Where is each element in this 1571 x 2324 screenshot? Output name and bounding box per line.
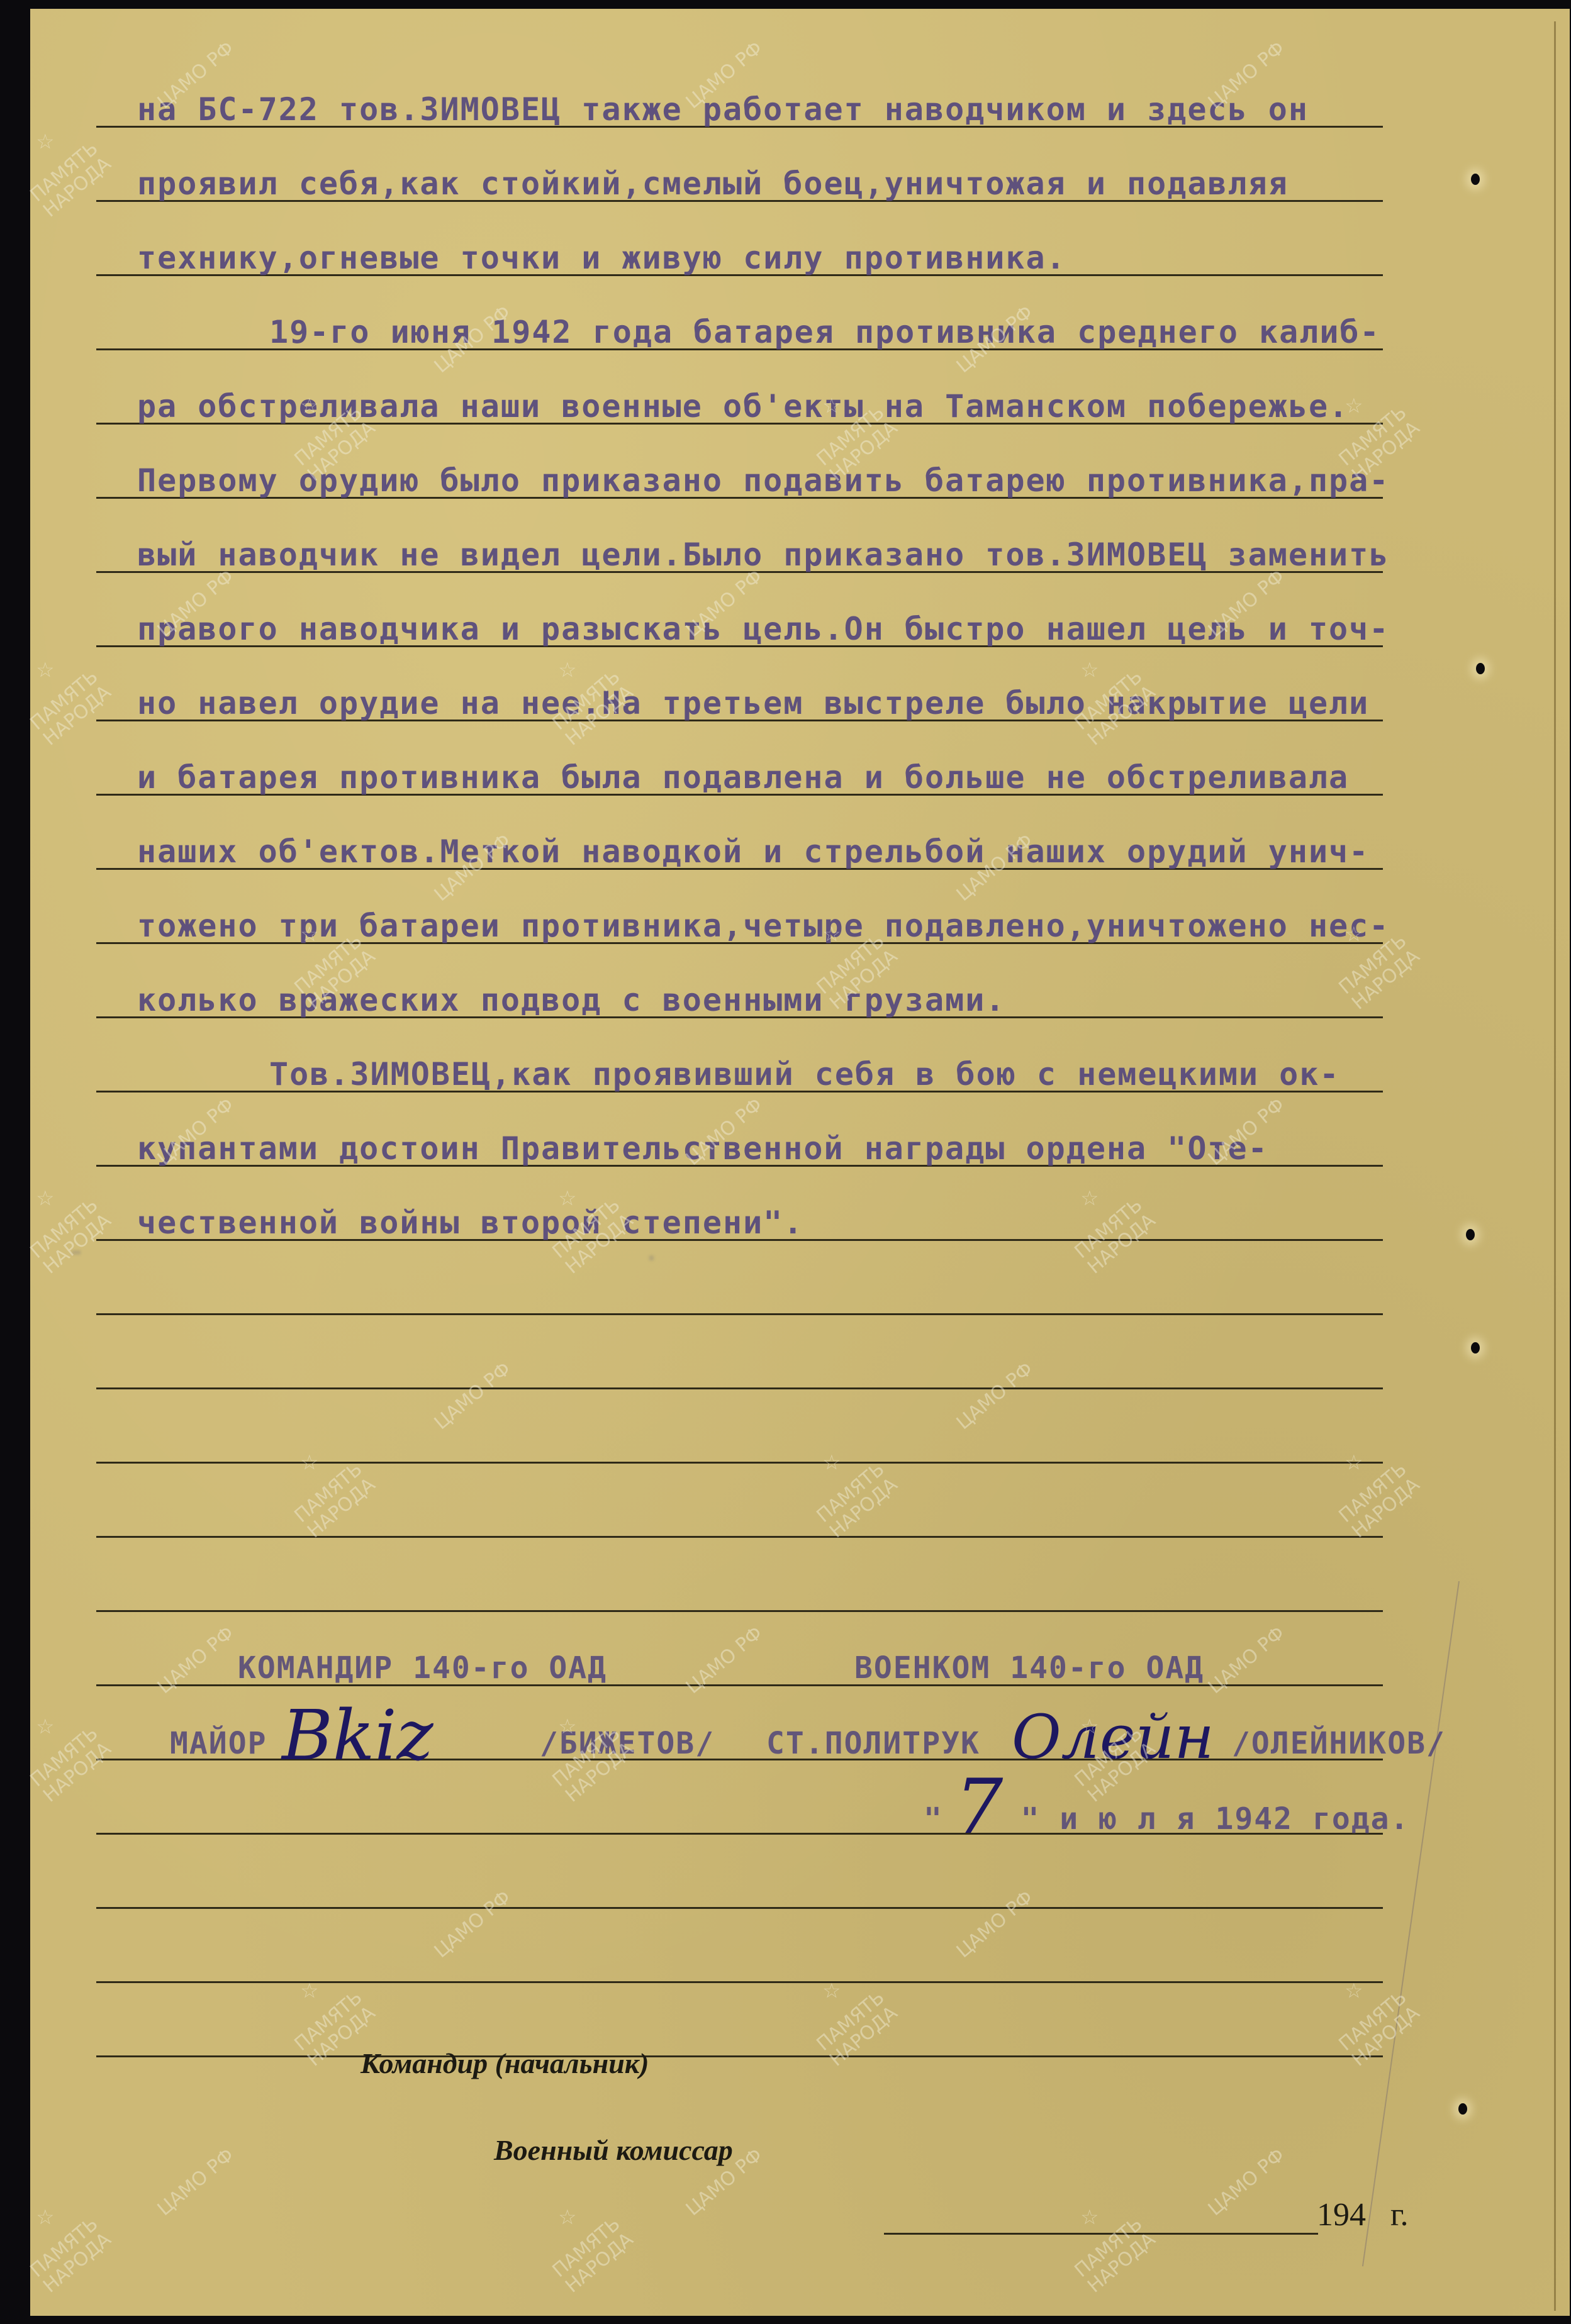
star-icon: ☆ bbox=[1081, 650, 1099, 684]
body-line: тожено три батареи противника,четыре под… bbox=[137, 904, 1389, 948]
star-icon: ☆ bbox=[301, 386, 318, 420]
commander-title: КОМАНДИР 140-го ОАД bbox=[238, 1650, 607, 1686]
body-line: технику,огневые точки и живую силу проти… bbox=[137, 236, 1066, 280]
watermark-archive: ЦАМО РФ bbox=[953, 1888, 1037, 1962]
star-icon: ☆ bbox=[1345, 1971, 1363, 2005]
watermark-archive: ЦАМО РФ bbox=[154, 2145, 238, 2220]
body-line: купантами достоин Правительственной нагр… bbox=[137, 1126, 1268, 1170]
star-icon: ☆ bbox=[1345, 915, 1363, 948]
fold-line bbox=[1554, 21, 1556, 2311]
body-line: Первому орудию было приказано подавить б… bbox=[137, 459, 1389, 503]
star-icon: ☆ bbox=[1345, 1443, 1363, 1477]
body-line: проявил себя,как стойкий,смелый боец,уни… bbox=[137, 162, 1289, 206]
body-line: на БС-722 тов.ЗИМОВЕЦ также работает нав… bbox=[137, 87, 1309, 131]
watermark-line: НАРОДА bbox=[39, 2228, 115, 2298]
watermark-line: НАРОДА bbox=[1348, 1474, 1424, 1543]
star-icon: ☆ bbox=[823, 386, 841, 420]
commander-signature: Bkiz bbox=[282, 1701, 433, 1770]
body-line: ра обстреливала наши военные об'екты на … bbox=[137, 384, 1349, 428]
star-icon: ☆ bbox=[1081, 2198, 1099, 2232]
watermark-line: НАРОДА bbox=[1083, 2228, 1160, 2298]
body-line: Тов.ЗИМОВЕЦ,как проявивший себя в бою с … bbox=[269, 1052, 1339, 1096]
star-icon: ☆ bbox=[1345, 386, 1363, 420]
body-line: чественной войны второй степени". bbox=[137, 1201, 803, 1245]
star-icon: ☆ bbox=[301, 915, 318, 948]
star-icon: ☆ bbox=[36, 650, 54, 684]
watermark-line: НАРОДА bbox=[561, 2228, 637, 2298]
star-icon: ☆ bbox=[36, 2198, 54, 2232]
watermark-line: НАРОДА bbox=[1348, 2002, 1424, 2071]
watermark-line: НАРОДА bbox=[39, 681, 115, 750]
ruled-line bbox=[96, 2055, 1383, 2057]
star-icon: ☆ bbox=[301, 1443, 318, 1477]
body-line: вый наводчик не видел цели.Было приказан… bbox=[137, 533, 1389, 577]
punch-hole bbox=[1471, 174, 1480, 185]
star-icon: ☆ bbox=[823, 1443, 841, 1477]
star-icon: ☆ bbox=[559, 2198, 576, 2232]
watermark-archive: ЦАМО РФ bbox=[1205, 2145, 1289, 2220]
watermark-archive: ЦАМО РФ bbox=[953, 1359, 1037, 1433]
date-fill-line bbox=[884, 2233, 1318, 2235]
star-icon: ☆ bbox=[36, 122, 54, 156]
punch-hole bbox=[1458, 2103, 1467, 2115]
commissar-name: /ОЛЕЙНИКОВ/ bbox=[1232, 1726, 1446, 1761]
ruled-line bbox=[96, 1313, 1383, 1315]
commander-rank: МАЙОР bbox=[170, 1726, 267, 1761]
ruled-line bbox=[96, 1387, 1383, 1389]
star-icon: ☆ bbox=[559, 650, 576, 684]
watermark-line: НАРОДА bbox=[825, 2002, 902, 2071]
star-icon: ☆ bbox=[823, 1971, 841, 2005]
ruled-line bbox=[96, 1907, 1383, 1909]
star-icon: ☆ bbox=[1081, 1179, 1099, 1213]
star-icon: ☆ bbox=[301, 1971, 318, 2005]
punch-hole bbox=[1466, 1229, 1475, 1240]
star-icon: ☆ bbox=[1081, 1707, 1099, 1741]
star-icon: ☆ bbox=[559, 1179, 576, 1213]
document-page: - . на БС-722 тов.ЗИМОВЕЦ также работает… bbox=[30, 9, 1570, 2316]
watermark-line: НАРОДА bbox=[1083, 1209, 1160, 1279]
watermark-archive: ЦАМО РФ bbox=[431, 1888, 515, 1962]
body-line: но навел орудие на нее.На третьем выстре… bbox=[137, 681, 1369, 725]
body-line: 19-го июня 1942 года батарея противника … bbox=[269, 310, 1380, 354]
commissar-label: Военный комиссар bbox=[494, 2133, 733, 2167]
commander-label: Командир (начальник) bbox=[361, 2047, 649, 2080]
watermark-archive: ЦАМО РФ bbox=[154, 1623, 238, 1698]
body-line: и батарея противника была подавлена и бо… bbox=[137, 755, 1349, 799]
body-line: наших об'ектов.Меткой наводкой и стрельб… bbox=[137, 830, 1369, 874]
date-day-handwritten: 7 bbox=[955, 1770, 1003, 1845]
watermark-line: НАРОДА bbox=[39, 153, 115, 222]
body-line: колько вражеских подвод с военными груза… bbox=[137, 978, 1005, 1022]
watermark-archive: ЦАМО РФ bbox=[1205, 1623, 1289, 1698]
ruled-line bbox=[96, 1981, 1383, 1983]
punch-hole bbox=[1476, 663, 1485, 674]
body-line: правого наводчика и разыскать цель.Он бы… bbox=[137, 607, 1389, 651]
star-icon: ☆ bbox=[36, 1179, 54, 1213]
watermark-line: НАРОДА bbox=[39, 1738, 115, 1807]
ruled-line bbox=[96, 1610, 1383, 1612]
punch-hole bbox=[1471, 1342, 1480, 1354]
watermark-line: НАРОДА bbox=[1348, 945, 1424, 1015]
commissar-signature: Олейн bbox=[1012, 1707, 1214, 1767]
watermark-archive: ЦАМО РФ bbox=[683, 1623, 766, 1698]
star-icon: ☆ bbox=[36, 1707, 54, 1741]
star-icon: ☆ bbox=[559, 1707, 576, 1741]
commissar-rank: СТ.ПОЛИТРУК bbox=[766, 1726, 980, 1761]
watermark-archive: ЦАМО РФ bbox=[431, 1359, 515, 1433]
commissar-title: ВОЕНКОМ 140-го ОАД bbox=[854, 1650, 1204, 1686]
ruled-line bbox=[96, 1462, 1383, 1464]
bleed-through-text bbox=[175, 1531, 861, 1563]
star-icon: ☆ bbox=[823, 915, 841, 948]
year-label: 194 г. bbox=[1317, 2196, 1408, 2233]
